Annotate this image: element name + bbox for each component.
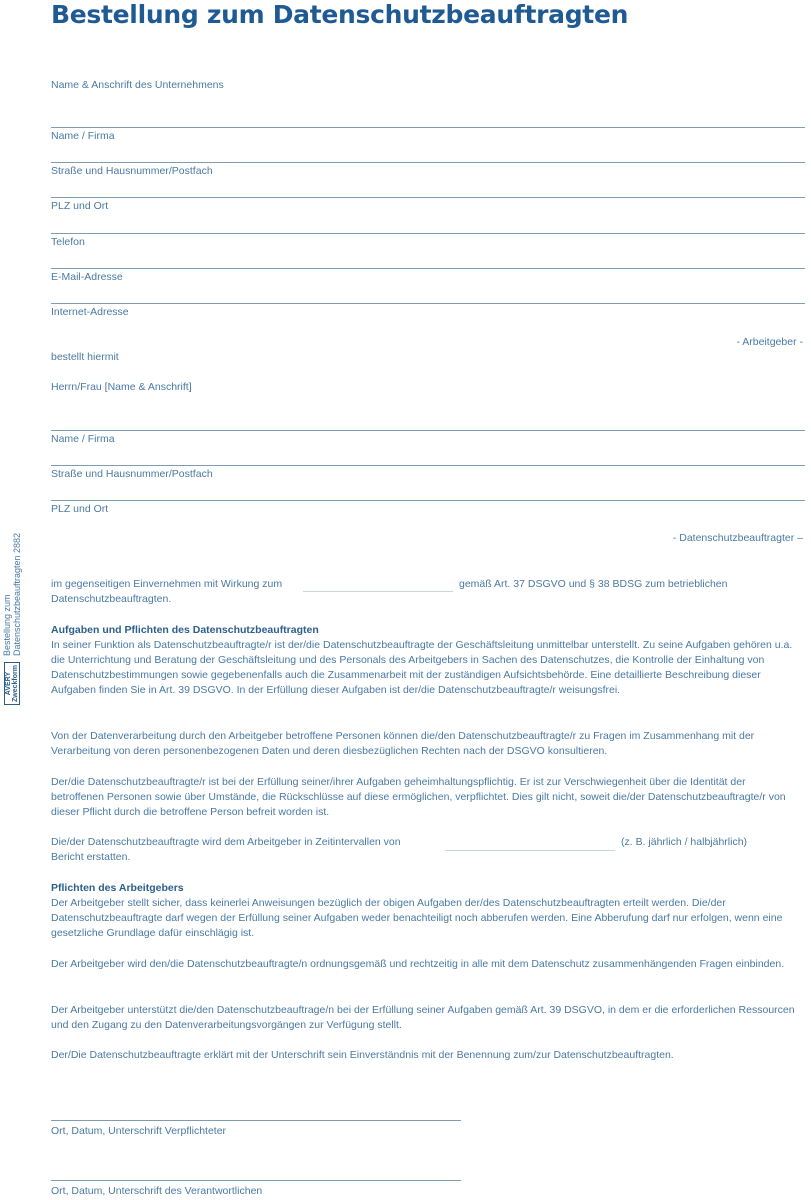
signature-obligee-field[interactable] [51, 1120, 461, 1121]
company-email-field[interactable] [51, 268, 805, 269]
agreement-text-before: im gegenseitigen Einvernehmen mit Wirkun… [51, 578, 282, 590]
effective-date-field[interactable] [303, 591, 453, 592]
dpo-street-label: Straße und Hausnummer/Postfach [51, 468, 213, 480]
side-brand: AVERY Zweckform Bestellung zum Datenschu… [2, 533, 22, 705]
company-website-label: Internet-Adresse [51, 306, 129, 318]
duties-text-1: In seiner Funktion als Datenschutzbeauft… [51, 639, 792, 696]
employer-paragraph-4: Der/Die Datenschutzbeauftragte erklärt m… [51, 1048, 801, 1063]
employer-duties-heading: Pflichten des Arbeitgebers [51, 881, 801, 896]
report-text-before: Die/der Datenschutzbeauftragte wird dem … [51, 836, 401, 848]
side-text-line1: Bestellung zum [2, 533, 12, 656]
agreement-text-line2: Datenschutzbeauftragten. [51, 593, 171, 605]
duties-paragraph-3: Der/die Datenschutzbeauftragte/r ist bei… [51, 775, 801, 820]
logo-line2: Zweckform [12, 665, 19, 702]
company-website-field[interactable] [51, 303, 805, 304]
employer-role-label: - Arbeitgeber - [736, 336, 803, 348]
avery-logo: AVERY Zweckform [4, 662, 20, 705]
duties-paragraph-1: Aufgaben und Pflichten des Datenschutzbe… [51, 623, 801, 698]
signature-obligee-label: Ort, Datum, Unterschrift Verpflichteter [51, 1125, 226, 1137]
signature-controller-field[interactable] [51, 1180, 461, 1181]
side-text-line2: Datenschutzbeauftragten 2882 [12, 533, 22, 656]
duties-paragraph-2: Von der Datenverarbeitung durch den Arbe… [51, 729, 801, 759]
signature-controller-label: Ort, Datum, Unterschrift des Verantwortl… [51, 1185, 262, 1197]
company-phone-field[interactable] [51, 233, 805, 234]
employer-text-1: Der Arbeitgeber stellt sicher, dass kein… [51, 897, 782, 939]
dpo-street-field[interactable] [51, 465, 805, 466]
dpo-name-label: Name / Firma [51, 433, 115, 445]
form-number-text: Bestellung zum Datenschutzbeauftragten 2… [2, 533, 22, 656]
page-title: Bestellung zum Datenschutzbeauftragten [51, 0, 628, 29]
report-text-after: (z. B. jährlich / halbjährlich) [621, 836, 747, 848]
company-section-label: Name & Anschrift des Unternehmens [51, 79, 224, 91]
agreement-text-after: gemäß Art. 37 DSGVO und § 38 BDSG zum be… [459, 578, 727, 590]
dpo-name-field[interactable] [51, 430, 805, 431]
company-zip-city-label: PLZ und Ort [51, 200, 108, 212]
company-phone-label: Telefon [51, 236, 85, 248]
company-zip-city-field[interactable] [51, 197, 805, 198]
company-email-label: E-Mail-Adresse [51, 271, 123, 283]
dpo-zip-city-field[interactable] [51, 500, 805, 501]
report-text-line2: Bericht erstatten. [51, 851, 130, 863]
dpo-section-label: Herrn/Frau [Name & Anschrift] [51, 381, 192, 393]
dpo-role-label: - Datenschutzbeauftragter – [673, 532, 803, 544]
company-name-label: Name / Firma [51, 130, 115, 142]
logo-line1: AVERY [5, 665, 12, 702]
company-street-field[interactable] [51, 162, 805, 163]
company-street-label: Straße und Hausnummer/Postfach [51, 165, 213, 177]
duties-heading: Aufgaben und Pflichten des Datenschutzbe… [51, 623, 801, 638]
dpo-zip-city-label: PLZ und Ort [51, 503, 108, 515]
company-name-field[interactable] [51, 127, 805, 128]
employer-paragraph-3: Der Arbeitgeber unterstützt die/den Date… [51, 1003, 801, 1033]
employer-paragraph-1: Pflichten des Arbeitgebers Der Arbeitgeb… [51, 881, 801, 941]
order-text: bestellt hiermit [51, 351, 119, 363]
report-interval-field[interactable] [445, 850, 615, 851]
employer-paragraph-2: Der Arbeitgeber wird den/die Datenschutz… [51, 957, 801, 972]
